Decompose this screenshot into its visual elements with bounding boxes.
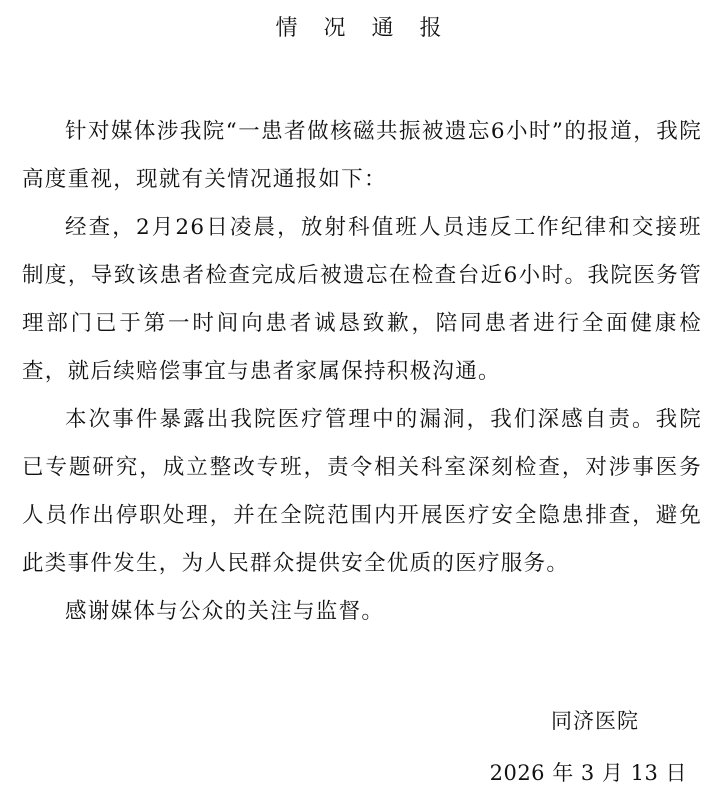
document-title: 情况通报: [0, 14, 717, 44]
issue-date: 2026 年 3 月 13 日: [490, 757, 687, 787]
paragraph-actions: 本次事件暴露出我院医疗管理中的漏洞，我们深感自责。我院已专题研究，成立整改专班，…: [22, 396, 702, 588]
paragraph-intro: 针对媒体涉我院“一患者做核磁共振被遗忘6小时”的报道，我院高度重视，现就有关情况…: [22, 108, 702, 204]
signature: 同济医院: [551, 705, 639, 735]
paragraph-thanks: 感谢媒体与公众的关注与监督。: [22, 588, 702, 636]
paragraph-findings: 经查，2月26日凌晨，放射科值班人员违反工作纪律和交接班制度，导致该患者检查完成…: [22, 204, 702, 396]
document-body: 针对媒体涉我院“一患者做核磁共振被遗忘6小时”的报道，我院高度重视，现就有关情况…: [22, 108, 702, 636]
